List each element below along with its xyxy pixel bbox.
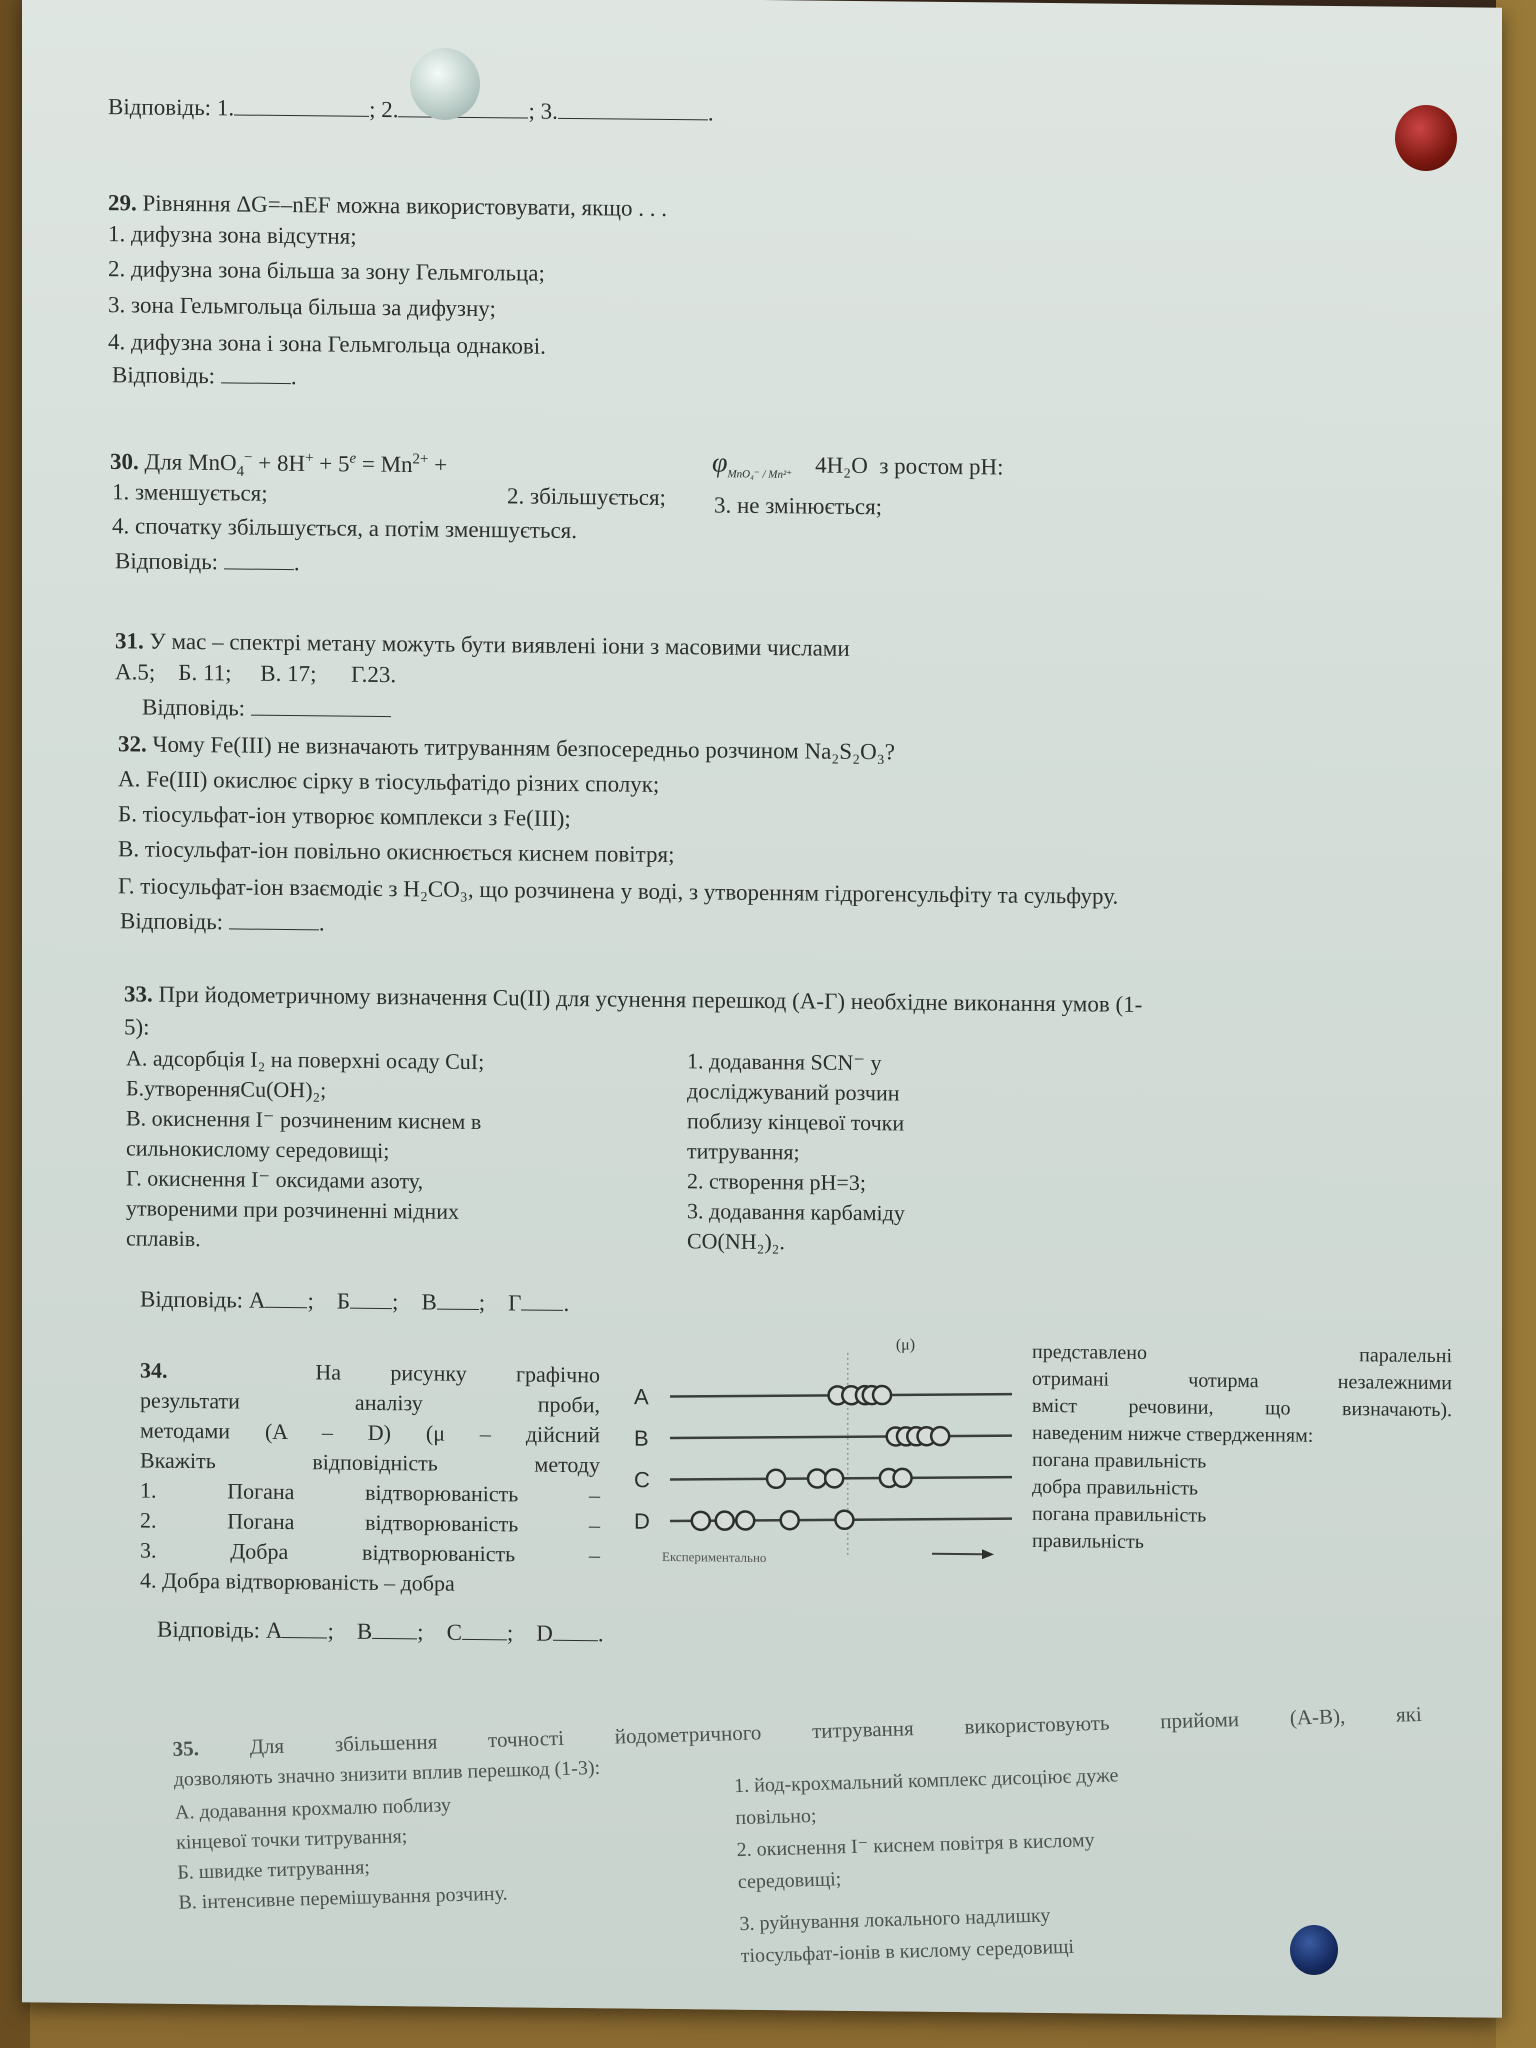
q33-number: 33. — [124, 981, 153, 1006]
q30-option-4: 4. спочатку збільшується, а потім зменшу… — [112, 510, 577, 546]
q33-answer-g-label: Г — [508, 1290, 521, 1315]
q30-tail: з ростом pH: — [879, 453, 1003, 479]
q31-answer-label: Відповідь: — [142, 695, 245, 721]
q34-left-line-8: 4. Добра відтворюваність – добра — [140, 1565, 600, 1600]
q30-option-3: 3. не змінюється; — [714, 489, 882, 522]
q29-option-1: 1. дифузна зона відсутня; — [108, 218, 357, 252]
q35-number: 35. — [172, 1736, 199, 1761]
q29-text: Рівняння ΔG=–nEF можна використовувати, … — [143, 191, 668, 221]
header-answer-line: Відповідь: 1.; 2.; 3.. — [108, 91, 714, 128]
arrow-right-icon — [982, 1549, 994, 1559]
q33-answer-blank-a[interactable] — [265, 1307, 307, 1308]
result-point — [931, 1427, 949, 1445]
q34-left-text: 34. На рисунку графічно результати аналі… — [140, 1355, 600, 1600]
q33-right-2: 2. створення pH=3; — [687, 1166, 1007, 1199]
q33-right-1: 1. додавання SCN⁻ у — [687, 1046, 1007, 1079]
q30-option-2: 2. збільшується; — [507, 480, 666, 513]
q30-plus: + — [428, 452, 447, 477]
mu-label: (μ) — [896, 1336, 915, 1353]
q33-answer-label: Відповідь: А — [140, 1286, 265, 1312]
row-line-B — [670, 1432, 1012, 1442]
q32-answer-blank[interactable] — [229, 928, 319, 930]
q33-answer-b-label: Б — [337, 1289, 350, 1314]
q31-option-v: В. 17; — [260, 661, 316, 687]
answer-blank-3[interactable] — [558, 118, 708, 121]
q31-answer-blank[interactable] — [251, 715, 391, 717]
q34-left-line-7: 3. Добра відтворюваність – — [140, 1535, 600, 1570]
q30-mno4: Для MnO — [145, 449, 237, 475]
axis-label: Експериментально — [662, 1549, 766, 1565]
q35-left-column: А. додавання крохмалю поблизу кінцевої т… — [174, 1783, 698, 1917]
q33-answer-blank-b[interactable] — [350, 1308, 392, 1309]
board-right-edge — [1496, 0, 1536, 2048]
q31-option-g: Г.23. — [351, 662, 396, 687]
q34-left-line-1: На рисунку графічно — [315, 1359, 600, 1387]
result-point — [894, 1469, 912, 1487]
q34-left-line-5: 1. Погана відтворюваність – — [140, 1475, 600, 1510]
q30-potential: φMnO₄⁻ / Mn²⁺ 4H₂O з ростом pH: — [712, 447, 1004, 493]
q32-answer: Відповідь: . — [120, 905, 325, 938]
result-point — [736, 1511, 754, 1529]
q34-answer-label: Відповідь: A — [157, 1617, 282, 1643]
q33-left-g-cont: утвореними при розчиненні мідних — [126, 1193, 646, 1228]
answer-sep-2: ; 2. — [369, 97, 398, 122]
red-pushpin — [1395, 105, 1457, 171]
q30-h: + 8H — [252, 450, 305, 476]
q33-title-cont: 5): — [124, 1011, 150, 1042]
q29-option-3: 3. зона Гельмгольца більша за дифузну; — [108, 289, 496, 324]
result-point — [835, 1511, 853, 1529]
q34-answer-blank-a[interactable] — [282, 1637, 327, 1638]
q31-option-a: А.5; — [115, 659, 155, 684]
q32-number: 32. — [118, 731, 147, 756]
q30-five: + 5 — [314, 451, 350, 476]
result-point — [873, 1386, 891, 1404]
q34-diagram: (μ)ABCDЕкспериментально — [622, 1329, 1022, 1583]
q31-number: 31. — [115, 628, 144, 653]
axis-arrow-shaft — [932, 1554, 982, 1555]
q30-mn: = Mn — [356, 451, 412, 477]
result-point — [692, 1512, 710, 1530]
q30-number: 30. — [110, 449, 139, 474]
q30-answer: Відповідь: . — [115, 545, 300, 578]
q32-title: 32. Чому Fe(III) не визначають титруванн… — [118, 728, 895, 767]
q33-answer-blank-g[interactable] — [521, 1309, 563, 1310]
q32-option-a: А. Fe(III) окислює сірку в тіосульфатідо… — [118, 763, 659, 800]
q31-option-b: Б. 11; — [178, 660, 231, 686]
q34-left-line-2: результати аналізу проби, — [140, 1385, 600, 1420]
blue-pushpin — [1290, 1925, 1338, 1975]
q35-block: 35. Для збільшення точності йодометрично… — [172, 1698, 1453, 1796]
q34-answer-b-label: B — [357, 1619, 372, 1644]
q30-answer-label: Відповідь: — [115, 548, 218, 574]
result-point — [781, 1511, 799, 1529]
q34-left-line-3: методами (A – D) (μ – дійсний — [140, 1415, 600, 1450]
q32-option-v: В. тіосульфат-іон повільно окиснюється к… — [118, 833, 674, 870]
q33-left-g-cont2: сплавів. — [126, 1223, 646, 1258]
q33-title: 33. При йодометричному визначення Cu(II)… — [124, 978, 1142, 1020]
q33-right-3: 3. додавання карбаміду — [687, 1196, 1007, 1229]
q34-answer-c-label: C — [447, 1620, 462, 1645]
row-label-A: A — [634, 1384, 649, 1409]
q32-answer-label: Відповідь: — [120, 908, 223, 934]
q34-right-text: представлено паралельні отримані чотирма… — [1032, 1339, 1452, 1559]
q33-right-3-cont: CO(NH₂)₂. — [687, 1226, 1007, 1259]
result-point — [808, 1469, 826, 1487]
answer-blank-1[interactable] — [234, 114, 369, 116]
phi-subscript: MnO₄⁻ / Mn²⁺ — [728, 468, 793, 481]
q33-answer-v-label: В — [421, 1289, 436, 1314]
q34-right-line-8: правильність — [1032, 1528, 1452, 1559]
q34-answer: Відповідь: A; B; C; D. — [157, 1614, 604, 1650]
q30-option-1: 1. зменшується; — [112, 476, 268, 509]
q33-left-column: А. адсорбція I₂ на поверхні осаду CuI; Б… — [126, 1043, 646, 1258]
q29-number: 29. — [108, 190, 137, 215]
q29-answer-label: Відповідь: — [112, 362, 215, 388]
q30-answer-blank[interactable] — [224, 568, 294, 570]
q34-answer-d-label: D — [536, 1621, 553, 1646]
white-pushpin — [410, 48, 480, 120]
q32-option-b: Б. тіосульфат-іон утворює комплекси з Fe… — [118, 798, 571, 834]
answer-label: Відповідь: 1. — [108, 94, 234, 120]
q29-answer: Відповідь: . — [112, 359, 297, 392]
q33-answer: Відповідь: А; Б; В; Г. — [140, 1283, 569, 1318]
result-point — [767, 1470, 785, 1488]
q34-answer-blank-d[interactable] — [553, 1640, 598, 1641]
result-point — [825, 1469, 843, 1487]
answer-blank-2[interactable] — [398, 116, 528, 118]
q31-answer: Відповідь: — [142, 692, 391, 726]
q32-option-g: Г. тіосульфат-іон взаємодіє з H₂CO₃, що … — [118, 870, 1118, 911]
exam-sheet: Відповідь: 1.; 2.; 3.. 29. Рівняння ΔG=–… — [22, 0, 1502, 2018]
q31-options: А.5; Б. 11; В. 17; Г.23. — [115, 656, 396, 690]
q32-text: Чому Fe(III) не визначають титруванням б… — [153, 732, 895, 765]
row-label-C: C — [634, 1467, 650, 1492]
q29-answer-blank[interactable] — [221, 382, 291, 384]
q33-answer-blank-v[interactable] — [437, 1309, 479, 1310]
phi-symbol: φ — [712, 447, 728, 478]
row-label-B: B — [634, 1426, 649, 1451]
q33-right-1-cont3: титрування; — [687, 1136, 1007, 1169]
q34-left-line-6: 2. Погана відтворюваність – — [140, 1505, 600, 1540]
q33-right-1-cont: досліджуваний розчин — [687, 1076, 1007, 1109]
q31-text: У мас – спектрі метану можуть бути виявл… — [150, 629, 850, 661]
q34-answer-blank-c[interactable] — [462, 1639, 507, 1640]
q29-option-4: 4. дифузна зона і зона Гельмгольца однак… — [108, 326, 546, 362]
result-point — [716, 1512, 734, 1530]
q34-number: 34. — [140, 1357, 168, 1382]
q33-right-column: 1. додавання SCN⁻ у досліджуваний розчин… — [687, 1046, 1007, 1259]
q29-option-2: 2. дифузна зона більша за зону Гельмголь… — [108, 253, 545, 289]
q34-answer-blank-b[interactable] — [372, 1638, 417, 1639]
q33-text: При йодометричному визначення Cu(II) для… — [159, 982, 1143, 1017]
q35-right-column: 1. йод-крохмальний комплекс дисоціює дуж… — [734, 1755, 1301, 1973]
q33-right-1-cont2: поблизу кінцевої точки — [687, 1106, 1007, 1139]
q34-left-line-4: Вкажіть відповідність методу — [140, 1445, 600, 1480]
answer-sep-3: ; 3. — [528, 99, 557, 124]
answer-end: . — [708, 100, 714, 125]
q30-water: 4H₂O — [815, 453, 868, 479]
row-label-D: D — [634, 1509, 650, 1534]
